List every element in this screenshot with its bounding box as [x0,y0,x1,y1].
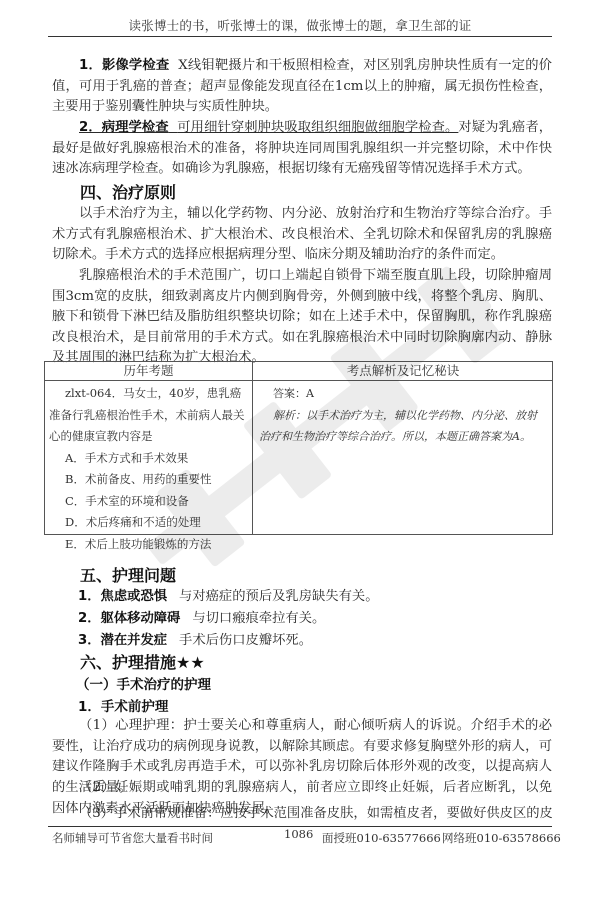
treatment-para-2: 乳腺癌根治术的手术范围广，切口上端起自锁骨下端至腹直肌上段，切除肿瘤周围3cm宽… [52,266,552,369]
imaging-label: 1．影像学检查 [79,58,169,73]
nursing-problem-2: 2．躯体移动障碍与切口瘢痕牵拉有关。 [78,607,325,626]
exam-item-imaging: 1．影像学检查 X线钼靶摄片和干板照相检查，对区别乳房肿块性质有一定的价值，可用… [52,56,552,118]
page-number: 1086 [284,827,313,841]
nursing-problem-3: 3．潜在并发症手术后伤口皮瓣坏死。 [78,629,312,648]
table-header-past-exams: 历年考题 [45,362,252,380]
section-title-nursing-problems: 五、护理问题 [80,563,176,586]
problem-1-text: 与对癌症的预后及乳房缺失有关。 [179,589,378,604]
option-b: B．术前备皮、用药的重要性 [49,469,249,491]
problem-3-text: 手术后伤口皮瓣坏死。 [179,633,312,648]
explanation-text: 解析：以手术治疗为主，辅以化学药物、内分泌、放射治疗和生物治疗等综合治疗。所以，… [259,405,547,448]
header-rule [48,36,552,37]
section-title-nursing-measures: 六、护理措施★★ [80,650,205,673]
table-header-analysis: 考点解析及记忆秘诀 [253,362,553,380]
option-c: C．手术室的环境和设备 [49,491,249,513]
subsection-surgical-care: （一）手术治疗的护理 [76,673,211,693]
exam-item-pathology: 2．病理学检查 可用细针穿刺肿块吸取组织细胞做细胞学检查。对疑为乳癌者，最好是做… [52,118,552,180]
pathology-underlined: 可用细针穿刺肿块吸取组织细胞做细胞学检查。 [177,120,458,135]
option-a: A．手术方式和手术效果 [49,448,249,470]
option-e: E．术后上肢功能锻炼的方法 [49,534,249,556]
exam-question-table: 历年考题 考点解析及记忆秘诀 zlxt-064．马女士，40岁，患乳癌准备行乳癌… [44,361,553,535]
document-page: 读张博士的书，听张博士的课，做张博士的题，拿卫生部的证 1．影像学检查 X线钼靶… [0,0,600,912]
treatment-para-1: 以手术治疗为主，辅以化学药物、内分泌、放射治疗和生物治疗等综合治疗。手术方式有乳… [52,204,552,266]
preop-para-3: （3）手术前常规准备：应按手术范围准备皮肤，如需植皮者，要做好供皮区的皮 [52,804,552,825]
option-d: D．术后疼痛和不适的处理 [49,512,249,534]
question-cell: zlxt-064．马女士，40岁，患乳癌准备行乳癌根治性手术，术前病人最关心的健… [49,383,249,555]
table-column-divider [252,362,253,534]
question-text: zlxt-064．马女士，40岁，患乳癌准备行乳癌根治性手术，术前病人最关心的健… [49,383,249,448]
analysis-cell: 答案：A 解析：以手术治疗为主，辅以化学药物、内分泌、放射治疗和生物治疗等综合治… [259,383,547,448]
running-header: 读张博士的书，听张博士的课，做张博士的题，拿卫生部的证 [0,16,600,34]
problem-3-label: 3．潜在并发症 [78,633,167,648]
section-title-treatment: 四、治疗原则 [80,180,176,203]
nursing-problem-1: 1．焦虑或恐惧与对癌症的预后及乳房缺失有关。 [78,585,379,604]
problem-2-label: 2．躯体移动障碍 [78,611,180,626]
problem-2-text: 与切口瘢痕牵拉有关。 [192,611,325,626]
subsection-preop-care: 1．手术前护理 [78,695,168,715]
footer-online-phone: 网络班010-63578666 [442,830,561,846]
pathology-label: 2．病理学检查 [79,120,169,135]
footer-slogan: 名师辅导可节省您大量看书时间 [52,830,213,846]
problem-1-label: 1．焦虑或恐惧 [78,589,167,604]
footer-classroom-phone: 面授班010-63577666 [322,830,441,846]
answer-text: 答案：A [259,383,547,405]
